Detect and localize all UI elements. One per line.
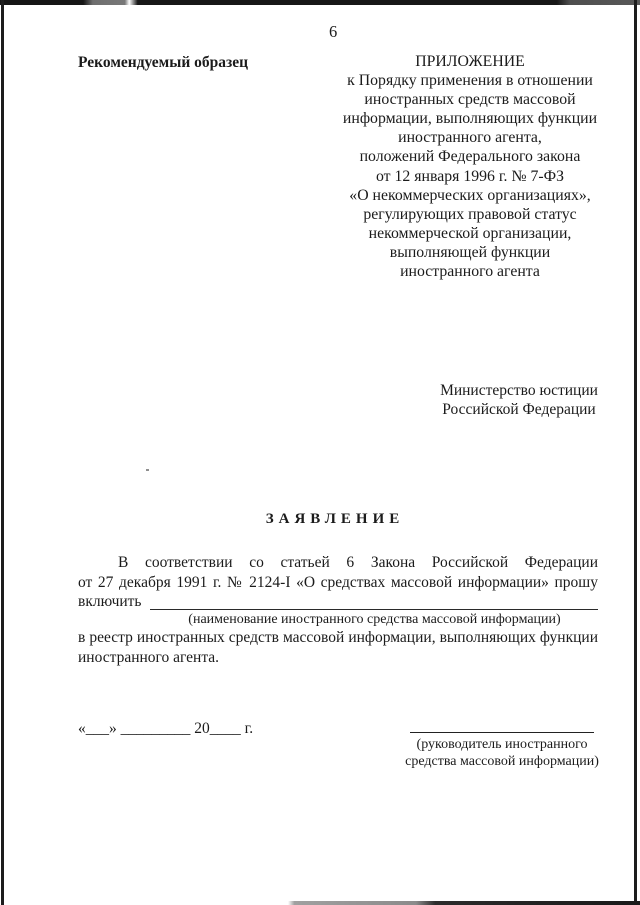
signature-caption-line: средства массовой информации): [400, 753, 604, 770]
body-line-1: В соответствии со статьей 6 Закона Росси…: [78, 553, 598, 573]
appendix-line: иностранных средств массовой: [330, 90, 610, 109]
statement-title: ЗАЯВЛЕНИЕ: [30, 511, 640, 528]
media-name-blank-line: [150, 592, 598, 610]
body-line-3-word: включить: [78, 592, 142, 612]
media-name-blank-caption: (наименование иностранного средства масс…: [152, 612, 597, 629]
appendix-line: ПРИЛОЖЕНИЕ: [330, 52, 610, 71]
statement-body: В соответствии со статьей 6 Закона Росси…: [78, 553, 598, 668]
appendix-line: «О некоммерческих организациях»,: [330, 186, 610, 205]
appendix-line: к Порядку применения в отношении: [330, 71, 610, 90]
scan-artifact-dot: [146, 469, 149, 471]
recommended-sample-label: Рекомендуемый образец: [78, 54, 248, 72]
signature-caption-block: (руководитель иностранного средства масс…: [400, 736, 604, 770]
appendix-line: иностранного агента,: [330, 128, 610, 147]
scan-border-bottom: [0, 901, 640, 905]
appendix-line: положений Федерального закона: [330, 147, 610, 166]
signature-blank-line: [410, 732, 594, 733]
page-number: 6: [329, 22, 337, 42]
scan-border-right: [634, 0, 637, 905]
appendix-line: от 12 января 1996 г. № 7-ФЗ: [330, 167, 610, 186]
appendix-line: иностранного агента: [330, 262, 610, 281]
appendix-line: информации, выполняющих функции: [330, 109, 610, 128]
appendix-line: выполняющей функции: [330, 243, 610, 262]
appendix-line: регулирующих правовой статус: [330, 205, 610, 224]
body-line-5: иностранного агента.: [78, 648, 598, 668]
scanned-document-page: { "page": { "number": "6", "recommended_…: [0, 0, 640, 905]
appendix-line: некоммерческой организации,: [330, 224, 610, 243]
appendix-reference-block: ПРИЛОЖЕНИЕ к Порядку применения в отноше…: [330, 52, 610, 281]
ministry-line: Российской Федерации: [438, 400, 600, 419]
scan-border-left: [1, 0, 4, 905]
ministry-line: Министерство юстиции: [438, 381, 600, 400]
scan-border-top: [0, 0, 640, 5]
date-blank-line: «___» _________ 20____ г.: [78, 720, 253, 738]
ministry-address-block: Министерство юстиции Российской Федераци…: [438, 381, 600, 419]
body-line-3: включить: [78, 592, 598, 612]
signature-caption-line: (руководитель иностранного: [400, 736, 604, 753]
body-line-4: в реестр иностранных средств массовой ин…: [78, 628, 598, 648]
body-line-2: от 27 декабря 1991 г. № 2124-I «О средст…: [78, 573, 598, 593]
